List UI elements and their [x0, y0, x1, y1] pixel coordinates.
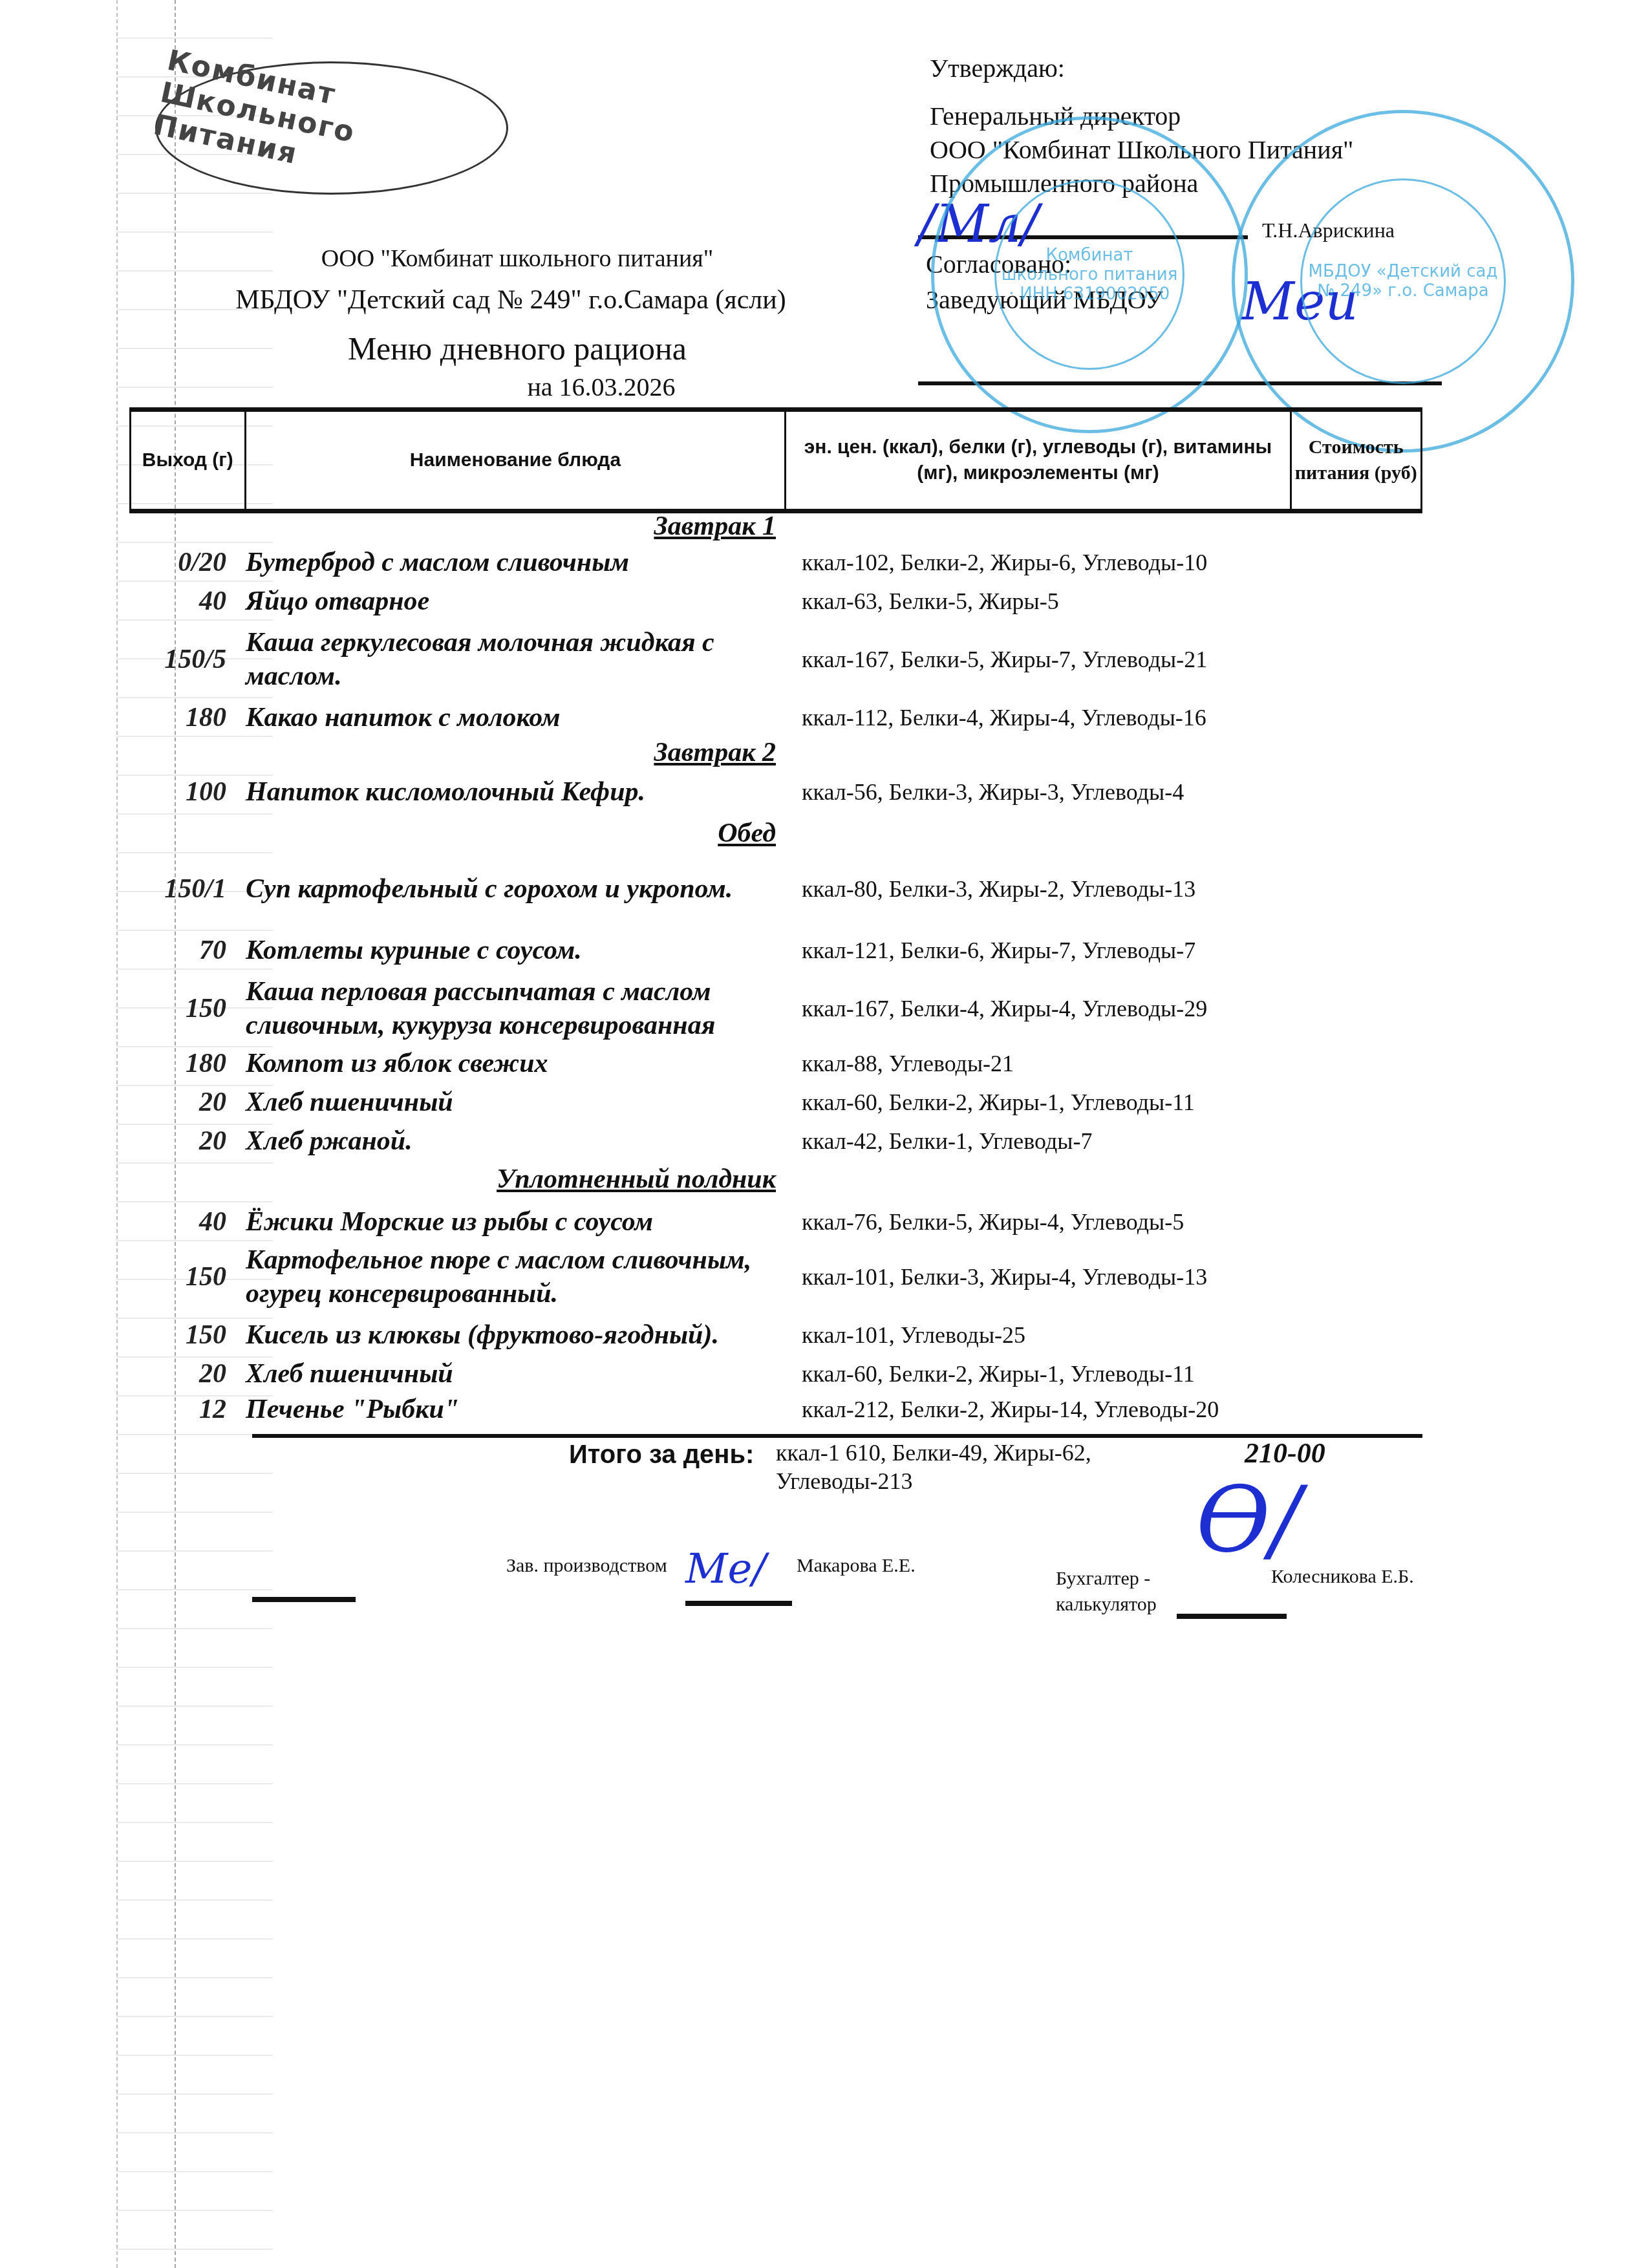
dish-name: Яйцо отварное [226, 584, 782, 618]
dish-name: Компот из яблок свежих [226, 1047, 782, 1080]
dish-weight: 100 [129, 776, 226, 808]
dish-nutrition: ккал-76, Белки-5, Жиры-4, Углеводы-5 [782, 1208, 1184, 1236]
dish-nutrition: ккал-101, Углеводы-25 [782, 1321, 1025, 1349]
table-header: Выход (г) Наименование блюда эн. цен. (к… [129, 407, 1422, 513]
total-nutrition: ккал-1 610, Белки-49, Жиры-62, Углеводы-… [776, 1439, 1091, 1495]
dish-weight: 180 [129, 702, 226, 733]
section-afternoon-snack: Уплотненный полдник [272, 1164, 776, 1195]
dish-nutrition: ккал-167, Белки-4, Жиры-4, Углеводы-29 [782, 995, 1207, 1022]
dish-nutrition: ккал-42, Белки-1, Углеводы-7 [782, 1128, 1092, 1155]
dish-nutrition: ккал-80, Белки-3, Жиры-2, Углеводы-13 [782, 875, 1195, 903]
company-stamp: Комбинат школьного питания · ИНН 6319002… [931, 116, 1248, 433]
table-row: 20 Хлеб пшеничный ккал-60, Белки-2, Жиры… [129, 1354, 1422, 1393]
production-title: Зав. производством [506, 1555, 667, 1577]
accountant-title-line-1: Бухгалтер - [1056, 1566, 1157, 1592]
dish-weight: 150/1 [129, 873, 226, 904]
table-row: 40 Яйцо отварное ккал-63, Белки-5, Жиры-… [129, 582, 1422, 621]
blank-signature-line [252, 1597, 356, 1602]
kindergarten-stamp-text: МБДОУ «Детский сад № 249» г.о. Самара [1302, 262, 1504, 301]
table-row: 20 Хлеб пшеничный ккал-60, Белки-2, Жиры… [129, 1083, 1422, 1122]
page-title: Меню дневного рациона [194, 330, 841, 367]
dish-nutrition: ккал-112, Белки-4, Жиры-4, Углеводы-16 [782, 704, 1206, 731]
approval-title: Утверждаю: [930, 52, 1353, 85]
table-row: 150/1 Суп картофельный с горохом и укроп… [129, 853, 1422, 925]
dish-name: Хлеб пшеничный [226, 1086, 782, 1119]
table-row: 100 Напиток кисломолочный Кефир. ккал-56… [129, 773, 1422, 811]
dish-name: Напиток кисломолочный Кефир. [226, 775, 782, 809]
institution-name: МБДОУ "Детский сад № 249" г.о.Самара (яс… [168, 284, 853, 316]
dish-weight: 20 [129, 1087, 226, 1118]
section-breakfast-1: Завтрак 1 [272, 511, 776, 542]
column-weight: Выход (г) [129, 412, 246, 509]
dish-weight: 40 [129, 586, 226, 617]
production-name: Макарова Е.Е. [797, 1555, 916, 1577]
table-row: 150 Кисель из клюквы (фруктово-ягодный).… [129, 1316, 1422, 1354]
accountant-title: Бухгалтер - калькулятор [1056, 1566, 1157, 1618]
dish-name: Каша геркулесовая молочная жидкая с масл… [226, 626, 782, 693]
dish-name: Ёжики Морские из рыбы с соусом [226, 1205, 782, 1239]
dish-name: Бутерброд с маслом сливочным [226, 546, 782, 579]
dish-weight: 150 [129, 993, 226, 1024]
dish-weight: 70 [129, 935, 226, 966]
dish-weight: 150/5 [129, 644, 226, 675]
table-row: 150 Каша перловая рассыпчатая с маслом с… [129, 973, 1422, 1044]
dish-weight: 150 [129, 1320, 226, 1351]
dish-nutrition: ккал-101, Белки-3, Жиры-4, Углеводы-13 [782, 1263, 1207, 1290]
dish-nutrition: ккал-63, Белки-5, Жиры-5 [782, 588, 1059, 615]
dish-nutrition: ккал-167, Белки-5, Жиры-7, Углеводы-21 [782, 646, 1207, 673]
dish-nutrition: ккал-121, Белки-6, Жиры-7, Углеводы-7 [782, 937, 1195, 964]
total-label: Итого за день: [569, 1440, 754, 1470]
dish-weight: 150 [129, 1261, 226, 1292]
production-signature-line [685, 1601, 792, 1606]
dish-nutrition: ккал-56, Белки-3, Жиры-3, Углеводы-4 [782, 778, 1184, 806]
dish-nutrition: ккал-212, Белки-2, Жиры-14, Углеводы-20 [782, 1396, 1219, 1423]
table-row: 180 Компот из яблок свежих ккал-88, Угле… [129, 1044, 1422, 1083]
accountant-signature-line [1177, 1614, 1287, 1619]
dish-nutrition: ккал-60, Белки-2, Жиры-1, Углеводы-11 [782, 1089, 1195, 1116]
total-nutrition-line-2: Углеводы-213 [776, 1467, 1091, 1495]
dish-name: Хлеб пшеничный [226, 1357, 782, 1391]
menu-date: на 16.03.2026 [278, 372, 925, 402]
table-row: 40 Ёжики Морские из рыбы с соусом ккал-7… [129, 1203, 1422, 1241]
section-lunch: Обед [272, 818, 776, 849]
column-dish: Наименование блюда [246, 412, 787, 509]
dish-nutrition: ккал-102, Белки-2, Жиры-6, Углеводы-10 [782, 549, 1207, 576]
table-row: 180 Какао напиток с молоком ккал-112, Бе… [129, 698, 1422, 737]
table-row: 0/20 Бутерброд с маслом сливочным ккал-1… [129, 543, 1422, 582]
dish-nutrition: ккал-88, Углеводы-21 [782, 1050, 1014, 1077]
company-logo: Комбинат Школьного Питания [155, 61, 508, 195]
dish-name: Картофельное пюре с маслом сливочным, ог… [226, 1243, 782, 1311]
table-row: 12 Печенье "Рыбки" ккал-212, Белки-2, Жи… [129, 1390, 1422, 1429]
dish-weight: 40 [129, 1206, 226, 1237]
dish-weight: 180 [129, 1048, 226, 1079]
dish-weight: 12 [129, 1394, 226, 1425]
total-cost: 210-00 [1245, 1437, 1325, 1470]
dish-name: Печенье "Рыбки" [226, 1393, 782, 1426]
dish-name: Каша перловая рассыпчатая с маслом сливо… [226, 975, 782, 1042]
column-nutrition: эн. цен. (ккал), белки (г), углеводы (г)… [786, 412, 1291, 509]
production-signature: Ме/ [685, 1545, 766, 1593]
dish-weight: 20 [129, 1126, 226, 1157]
kindergarten-stamp: МБДОУ «Детский сад № 249» г.о. Самара [1232, 110, 1574, 453]
dish-name: Какао напиток с молоком [226, 701, 782, 734]
accountant-name: Колесникова Е.Б. [1271, 1566, 1414, 1588]
company-stamp-text: Комбинат школьного питания · ИНН 6319002… [996, 246, 1183, 304]
dish-name: Котлеты куриные с соусом. [226, 934, 782, 967]
table-row: 150/5 Каша геркулесовая молочная жидкая … [129, 624, 1422, 695]
table-row: 20 Хлеб ржаной. ккал-42, Белки-1, Углево… [129, 1122, 1422, 1161]
column-cost: Стоимость питания (руб) [1292, 412, 1422, 509]
dish-name: Суп картофельный с горохом и укропом. [226, 872, 782, 906]
section-breakfast-2: Завтрак 2 [272, 737, 776, 768]
dish-weight: 0/20 [129, 547, 226, 578]
dish-nutrition: ккал-60, Белки-2, Жиры-1, Углеводы-11 [782, 1360, 1195, 1387]
accountant-title-line-2: калькулятор [1056, 1592, 1157, 1618]
dish-weight: 20 [129, 1358, 226, 1389]
total-nutrition-line-1: ккал-1 610, Белки-49, Жиры-62, [776, 1439, 1091, 1467]
dish-name: Хлеб ржаной. [226, 1124, 782, 1158]
table-row: 150 Картофельное пюре с маслом сливочным… [129, 1241, 1422, 1312]
dish-name: Кисель из клюквы (фруктово-ягодный). [226, 1318, 782, 1352]
org-name: ООО "Комбинат школьного питания" [194, 244, 841, 273]
table-row: 70 Котлеты куриные с соусом. ккал-121, Б… [129, 931, 1422, 970]
accountant-signature: Ѳ/ [1196, 1468, 1301, 1573]
